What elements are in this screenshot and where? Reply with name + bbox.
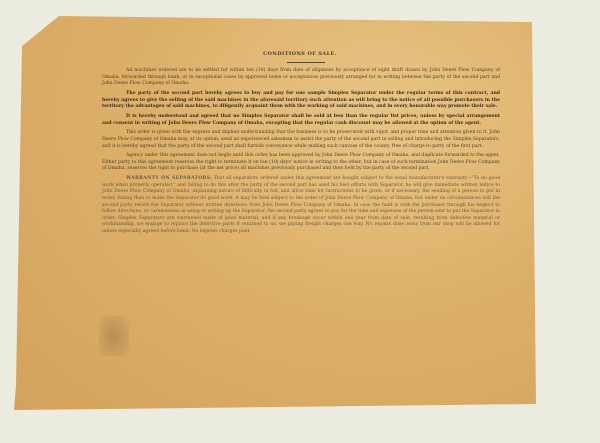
paragraph-list-price: It is hereby understood and agreed that …: [102, 114, 500, 127]
warranty-heading: WARRANTY ON SEPARATORS.: [126, 176, 212, 181]
paper-stain: [99, 316, 129, 356]
paragraph-express-understanding: This order is given with the express and…: [102, 130, 500, 150]
title-underline: [287, 62, 325, 63]
paragraph-settlement: All machines ordered are to be settled f…: [102, 68, 500, 88]
paragraph-warranty: WARRANTY ON SEPARATORS. That all separat…: [102, 176, 500, 235]
document-body: All machines ordered are to be settled f…: [102, 68, 500, 239]
warranty-text: That all separators ordered under this a…: [102, 176, 500, 234]
paragraph-sample-purchase: The party of the second part hereby agre…: [102, 91, 500, 111]
paragraph-agency: Agency under this agreement does not beg…: [102, 153, 500, 173]
document-title: CONDITIONS OF SALE.: [0, 51, 600, 57]
